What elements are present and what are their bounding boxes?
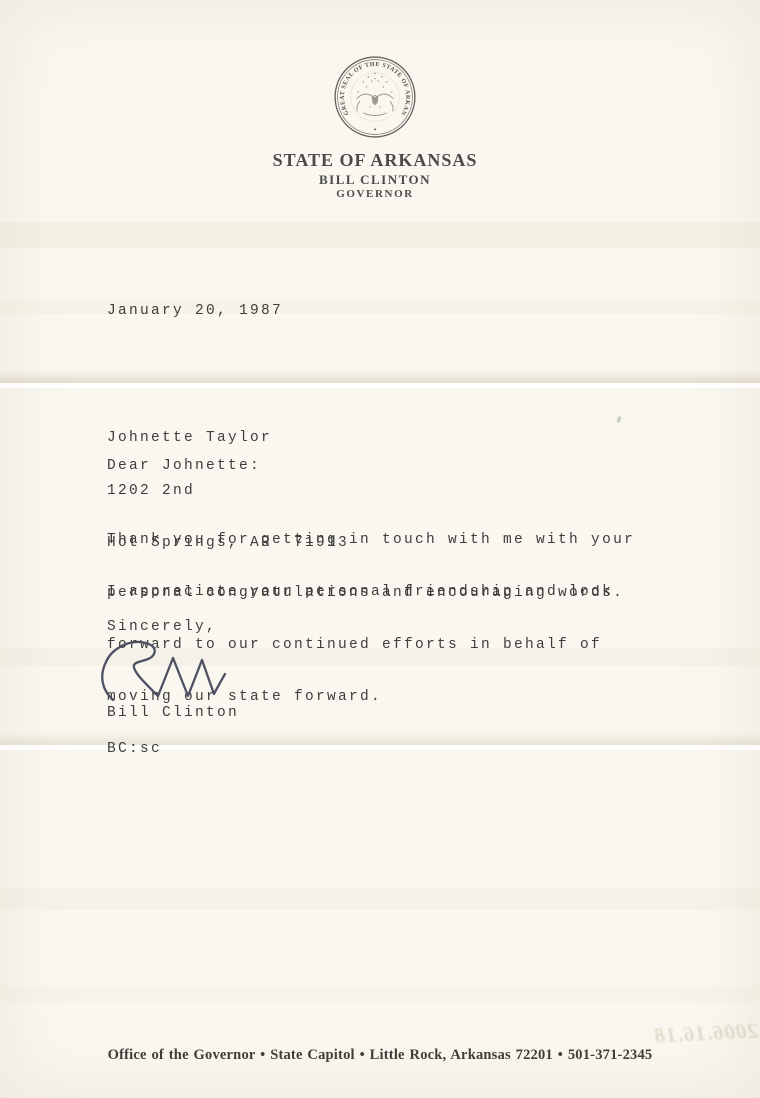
letterhead-governor-title: GOVERNOR — [0, 188, 750, 200]
paragraph-line: Thank you for getting in touch with me w… — [107, 532, 635, 550]
typist-reference-initials: BC:sc — [107, 741, 162, 759]
arkansas-state-seal-icon: GREAT SEAL OF THE STATE OF ARKANSAS — [333, 55, 417, 139]
svg-text:GREAT SEAL OF THE STATE OF ARK: GREAT SEAL OF THE STATE OF ARKANSAS — [333, 55, 411, 117]
paper-streak — [0, 986, 760, 1002]
paper-streak — [0, 888, 760, 910]
handwritten-signature-bill — [98, 638, 230, 710]
letterhead-state-name: STATE OF ARKANSAS — [0, 150, 750, 171]
letterhead-governor-name: BILL CLINTON — [0, 172, 750, 188]
letter-date: January 20, 1987 — [107, 303, 283, 321]
fold-crease-upper — [0, 370, 760, 383]
recipient-name: Johnette Taylor — [107, 430, 349, 448]
closing-sincerely: Sincerely, — [107, 619, 217, 637]
typed-signature-name: Bill Clinton — [107, 705, 239, 723]
pencil-bleedthrough-mark: 2006.16.18 — [617, 1018, 758, 1050]
paragraph-line: I appreciate your personal friendship an… — [107, 584, 613, 602]
salutation: Dear Johnette: — [107, 458, 261, 476]
scan-speck — [616, 416, 622, 424]
paper-streak — [0, 222, 760, 248]
seal-inner-emblem — [357, 94, 394, 115]
letter-page: GREAT SEAL OF THE STATE OF ARKANSAS STAT… — [0, 0, 760, 1098]
letterhead-footer-address: Office of the Governor • State Capitol •… — [0, 1047, 760, 1064]
fold-crease-upper-highlight — [0, 383, 760, 388]
